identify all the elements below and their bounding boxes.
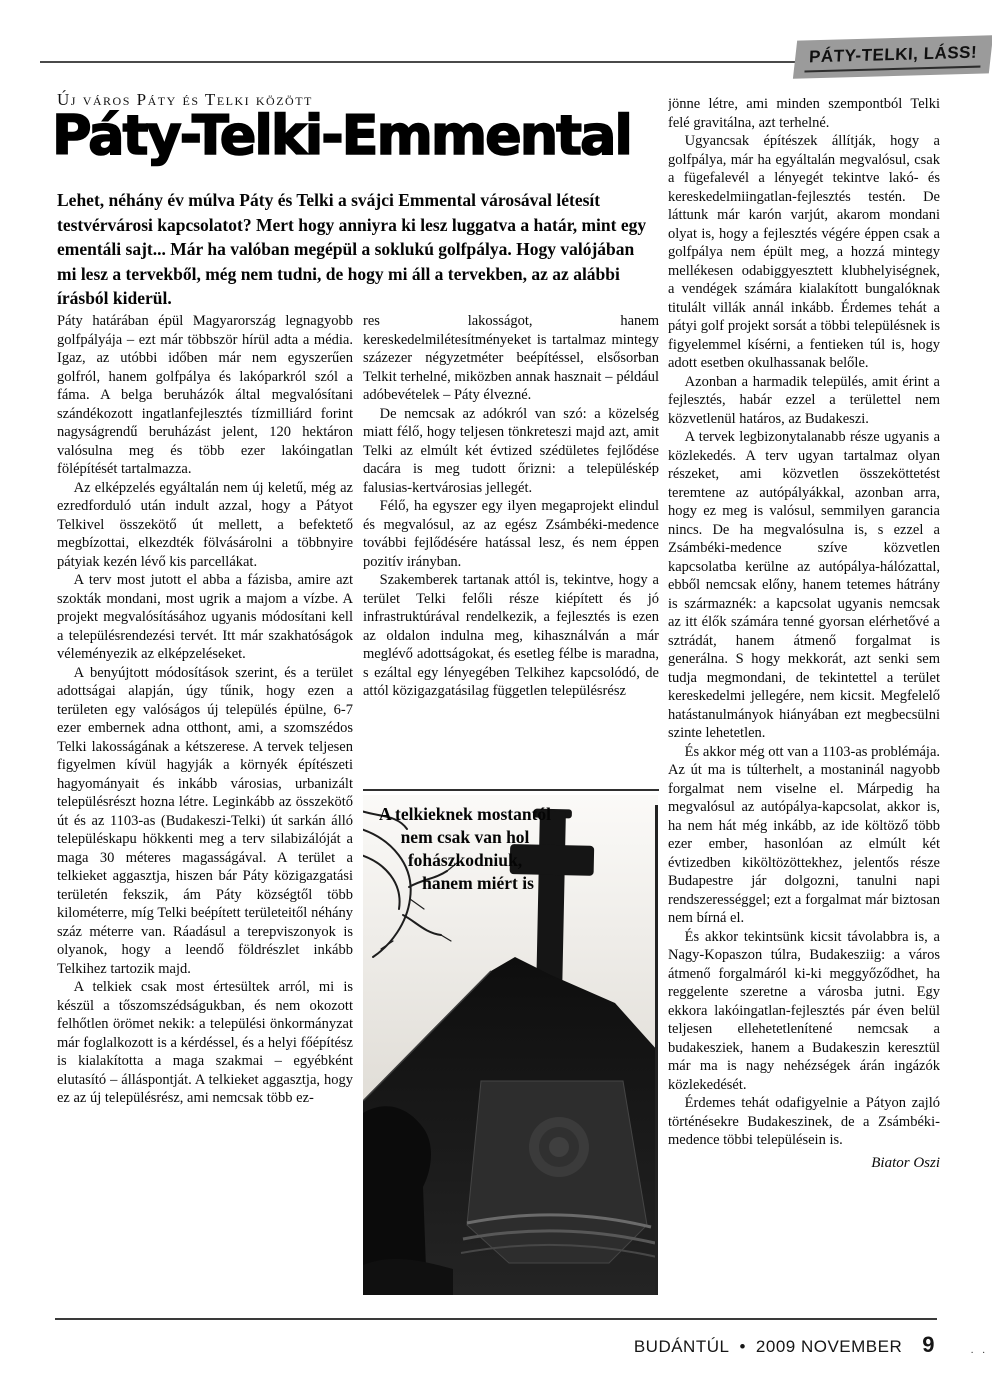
paragraph: Ugyancsak építészek állítják, hogy a gol… — [668, 132, 940, 373]
caption-line: A telkieknek mostantól — [367, 803, 563, 826]
paragraph: A benyújtott módosítások szerint, és a t… — [57, 664, 353, 979]
paragraph: res lakosságot, hanem kereskedelmilétesí… — [363, 312, 659, 405]
text-column-3: jönne létre, ami minden szempontból Telk… — [668, 95, 940, 1310]
caption-line: hanem miért is — [367, 872, 563, 895]
footer-rule — [55, 1318, 937, 1320]
caption-line: nem csak van hol — [367, 826, 563, 849]
magazine-name: BUDÁNTÚL — [634, 1337, 730, 1357]
paragraph: Azonban a harmadik település, amit érint… — [668, 373, 940, 429]
paragraph: A tervek legbizonytalanabb része ugyanis… — [668, 428, 940, 743]
magazine-page: PÁTY-TELKI, LÁSS! Új város Páty és Telki… — [0, 0, 992, 1374]
issue-date: 2009 NOVEMBER — [756, 1337, 902, 1357]
photo-caption: A telkieknek mostantól nem csak van hol … — [367, 803, 563, 895]
paragraph: Az elképzelés egyáltalán nem új keletű, … — [57, 479, 353, 572]
article-title: Páty-Telki-Emmental — [52, 104, 692, 167]
figure-top-rule — [363, 789, 659, 791]
paragraph: jönne létre, ami minden szempontból Telk… — [668, 95, 940, 132]
paragraph: Érdemes tehát odafigyelnie a Pátyon zajl… — [668, 1094, 940, 1150]
paragraph: Szakemberek tartanak attól is, tekintve,… — [363, 571, 659, 701]
page-number: 9 — [922, 1332, 935, 1358]
paragraph: De nemcsak az adókról van szó: a közelsé… — [363, 405, 659, 498]
author-byline: Biator Oszi — [668, 1154, 940, 1173]
section-badge-label: PÁTY-TELKI, LÁSS! — [804, 42, 981, 72]
footer-marks: . . — [971, 1344, 988, 1356]
page-footer: BUDÁNTÚL • 2009 NOVEMBER 9 — [634, 1332, 935, 1358]
paragraph: A telkiek csak most értesültek arról, mi… — [57, 978, 353, 1108]
paragraph: Félő, ha egyszer egy ilyen megaprojekt e… — [363, 497, 659, 571]
paragraph: Páty határában épül Magyarország legnagy… — [57, 312, 353, 479]
section-badge: PÁTY-TELKI, LÁSS! — [793, 35, 992, 79]
paragraph: A terv most jutott el abba a fázisba, am… — [57, 571, 353, 664]
footer-bullet: • — [739, 1337, 745, 1357]
text-column-2: res lakosságot, hanem kereskedelmilétesí… — [363, 312, 659, 790]
text-column-1: Páty határában épül Magyarország legnagy… — [57, 312, 353, 1304]
monument-pedestal — [461, 1081, 657, 1263]
paragraph: És akkor még ott van a 1103-as problémáj… — [668, 743, 940, 928]
photo-right-border — [655, 805, 658, 1295]
article-photo-figure: A telkieknek mostantól nem csak van hol … — [363, 789, 659, 1296]
article-lede: Lehet, néhány év múlva Páty és Telki a s… — [57, 188, 649, 311]
paragraph: És akkor tekintsünk kicsit távolabbra is… — [668, 928, 940, 1095]
caption-line: fohászkodniuk, — [367, 849, 563, 872]
